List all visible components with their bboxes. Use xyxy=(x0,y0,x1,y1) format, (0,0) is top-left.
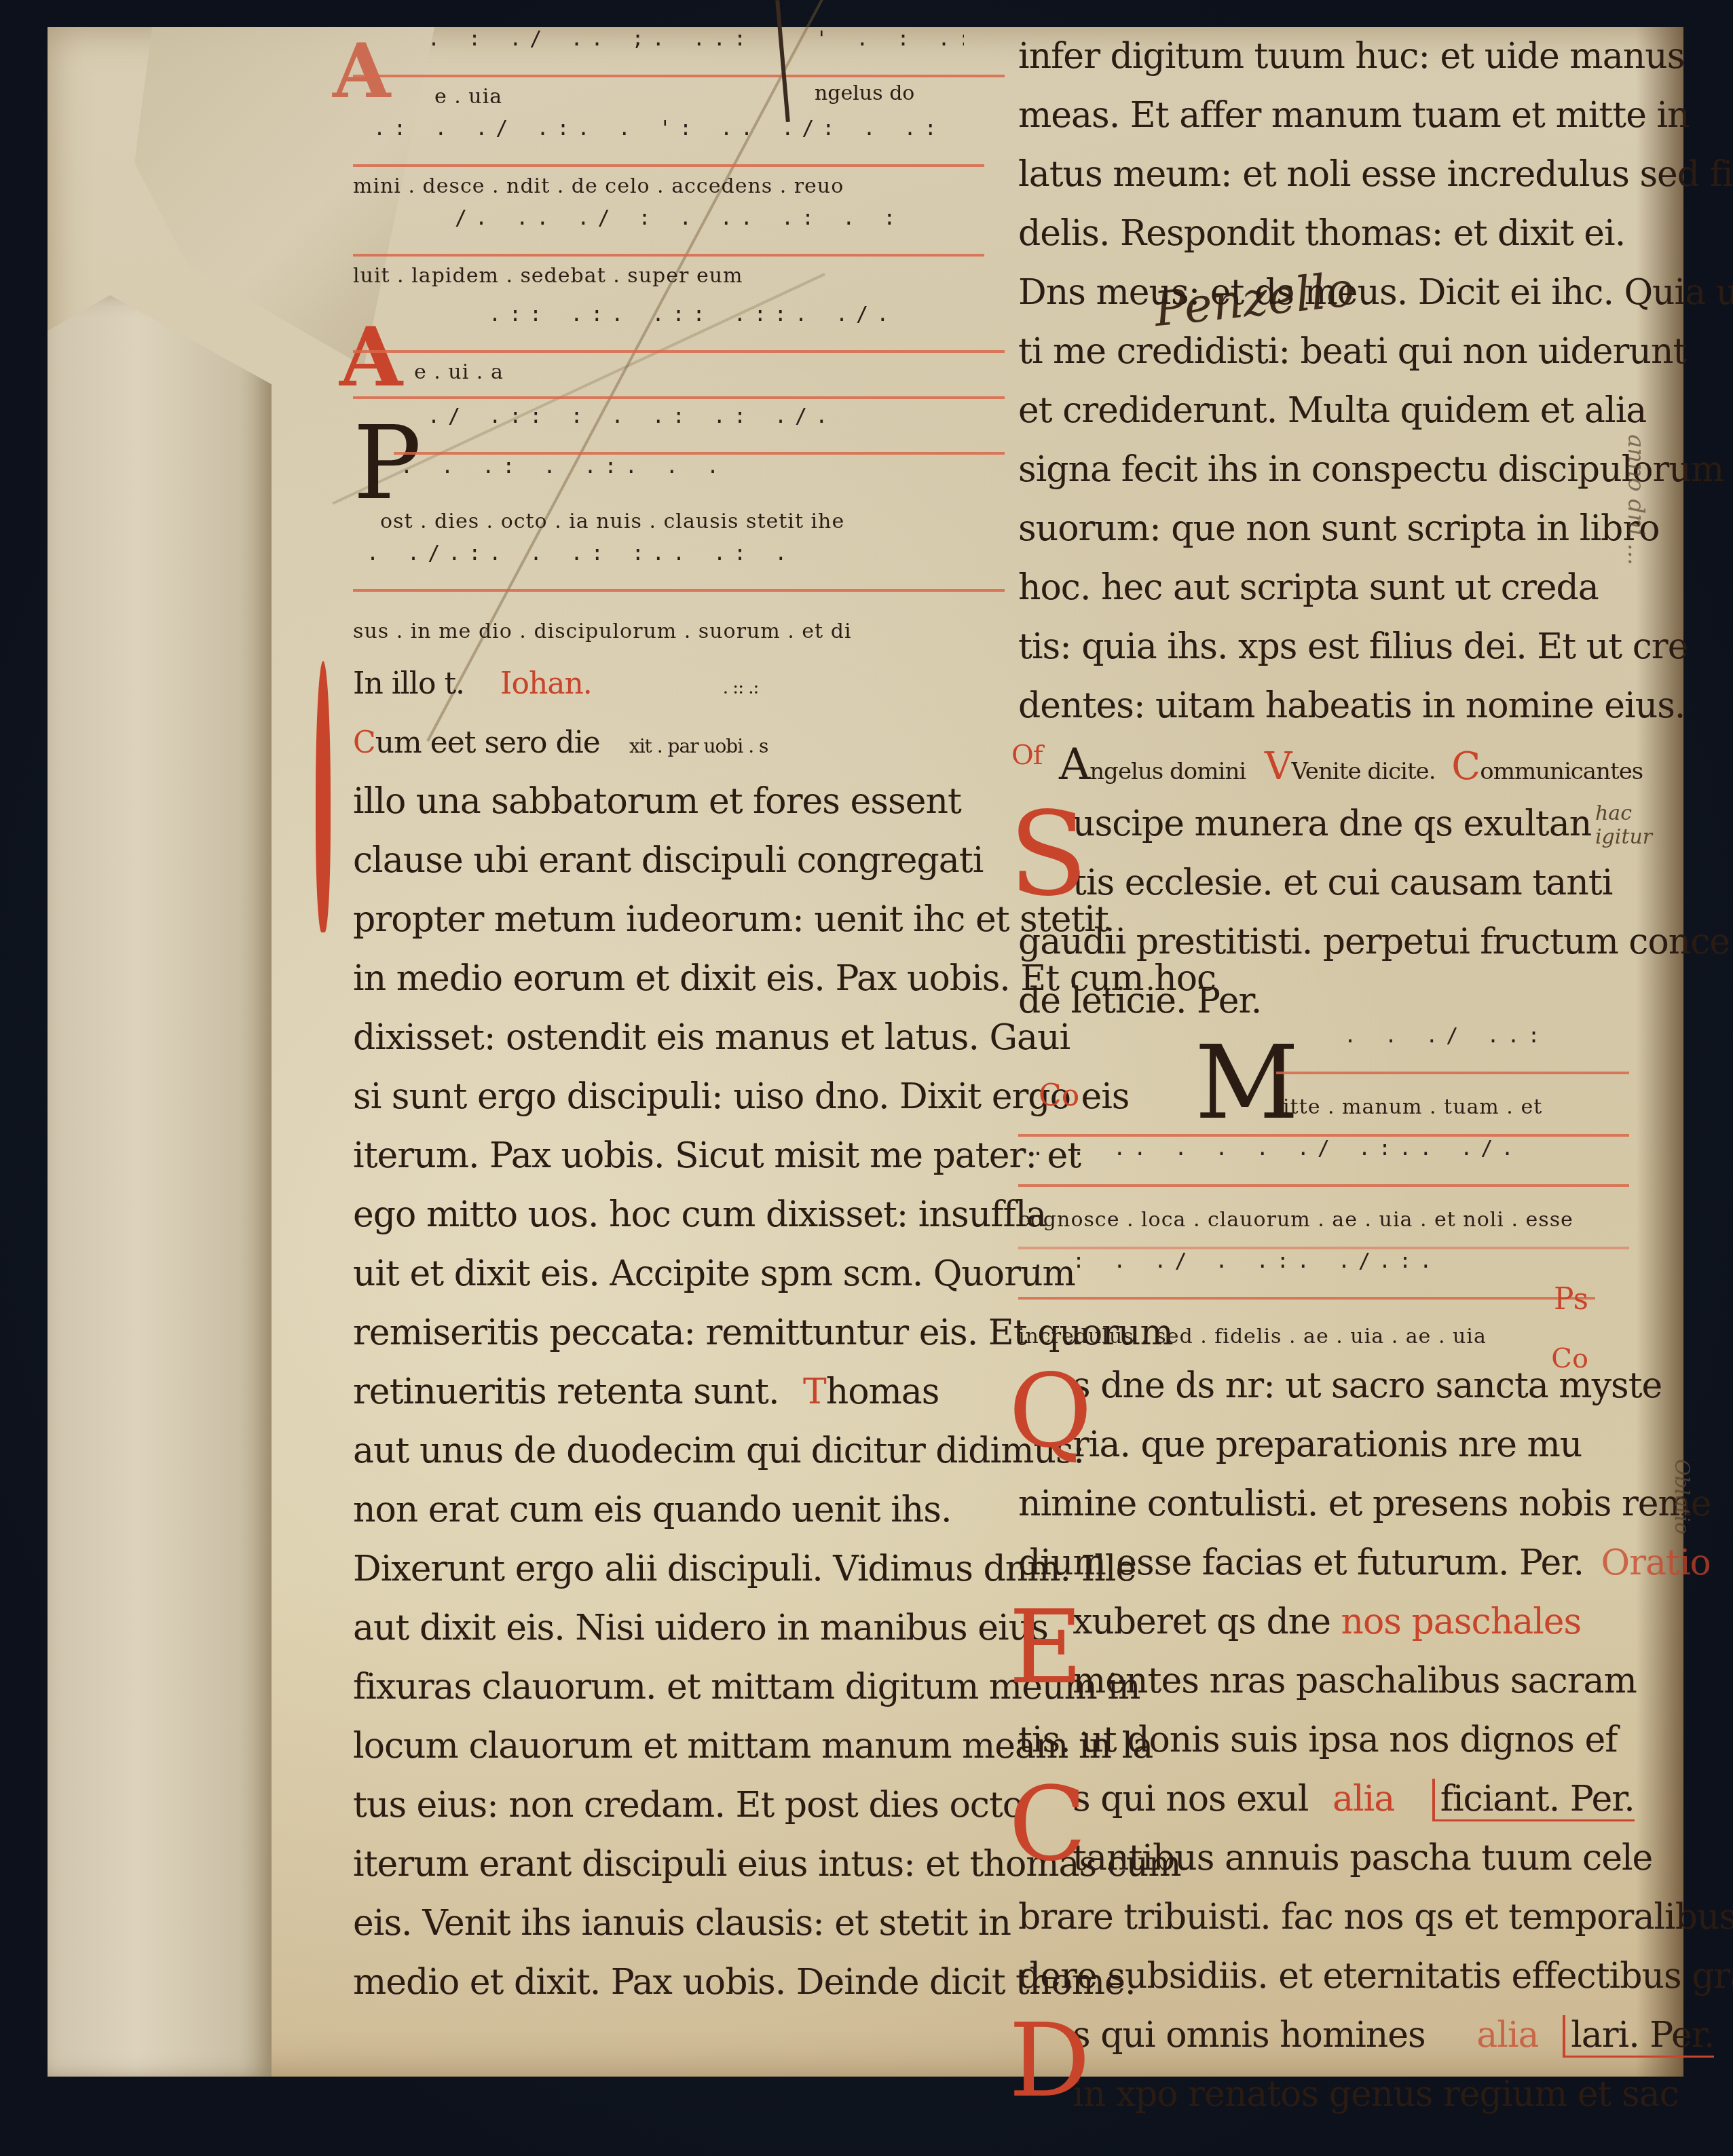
rubric-v: V xyxy=(1265,744,1291,789)
gospel-line: suorum: que non sunt scripta in libro xyxy=(1018,499,1616,559)
rubric-iohan: Iohan. xyxy=(500,666,592,701)
prayer-line: s qui nos exul alia ficiant. Per. xyxy=(1018,1770,1616,1829)
gospel-line: infer digitum tuum huc: et uide manus xyxy=(1018,27,1616,86)
lesson-line: retinueritis retenta sunt. Thomas xyxy=(353,1363,964,1422)
gospel-line: delis. Respondit thomas: et dixit ei. xyxy=(1018,204,1616,263)
lesson-line: locum clauorum et mittam manum meam in l… xyxy=(353,1717,964,1776)
gospel-line: signa fecit ihs in conspectu discipuloru… xyxy=(1018,440,1616,499)
lesson-line: in medio eorum et dixit eis. Pax uobis. … xyxy=(353,949,964,1008)
staff-line xyxy=(353,75,1005,77)
prayer-line: dium esse facias et futurum. Per. Oratio xyxy=(1018,1534,1616,1593)
chant-text: sus . in me dio . discipulorum . suorum … xyxy=(353,612,964,651)
rubric-oratio: Oratio xyxy=(1601,1543,1711,1583)
collect-3: D s qui omnis homines alia lari. Per. in… xyxy=(1018,2006,1616,2124)
prayer-line: in xpo renatos genus regium et sac xyxy=(1018,2065,1616,2124)
lesson-line: uit et dixit eis. Accipite spm scm. Quor… xyxy=(353,1245,964,1304)
postcommunion-prayer: Q s dne ds nr: ut sacro sancta myste ria… xyxy=(1018,1357,1616,1593)
left-column: A . : ./ .. ;. ..: . ' . : .: e . uia .:… xyxy=(353,27,964,2012)
red-initial-t: T xyxy=(803,1372,826,1412)
lesson-line: illo una sabbatorum et fores essent xyxy=(353,772,964,831)
prayer-line: brare tribuisti. fac nos qs et temporali… xyxy=(1018,1888,1616,1947)
rubric-ps: Ps xyxy=(1554,1282,1588,1317)
red-initial-c: C xyxy=(353,725,375,760)
rubric-of: Of xyxy=(1011,726,1043,785)
lesson-line: ego mitto uos. hoc cum dixisset: insuffl… xyxy=(353,1186,964,1245)
prayer-line: tis. ut donis suis ipsa nos dignos ef xyxy=(1018,1711,1616,1770)
staff-line xyxy=(353,254,984,257)
prayer-text: dium esse facias et futurum. Per. xyxy=(1018,1543,1584,1583)
staff-line xyxy=(353,350,1005,353)
lesson-line: dixisset: ostendit eis manus et latus. G… xyxy=(353,1008,964,1067)
chant-text: itte . manum . tuam . et xyxy=(1018,1088,1616,1127)
prayer-line: s qui omnis homines alia lari. Per. xyxy=(1018,2006,1616,2065)
chant-block-1: A . : ./ .. ;. ..: . ' . : .: e . uia .:… xyxy=(353,27,964,296)
prayer-text: s qui omnis homines xyxy=(1073,2015,1425,2056)
chant-text: cognosce . loca . clauorum . ae . uia . … xyxy=(1018,1200,1616,1240)
gospel-line: Dns meus: et ds meus. Dicit ei ihc. Quia… xyxy=(1018,263,1616,322)
lesson-text: um eet sero die xyxy=(375,725,600,760)
red-initial-i xyxy=(316,661,331,932)
chant-text: incredulus . sed . fidelis . ae . uia . … xyxy=(1018,1317,1616,1357)
chant-text: ost . dies . octo . ia nuis . clausis st… xyxy=(353,502,964,542)
prayer-line: nimine contulisti. et presens nobis reme xyxy=(1018,1475,1616,1534)
prayer-line: dere subsidiis. et eternitatis effectibu… xyxy=(1018,1947,1616,2006)
gospel-line: latus meum: et noli esse incredulus sed … xyxy=(1018,145,1616,204)
lesson-line: aut dixit eis. Nisi uidero in manibus ei… xyxy=(353,1599,964,1658)
offertory-verse: Venite dicite. xyxy=(1291,758,1435,785)
lesson-line: eis. Venit ihs ianuis clausis: et stetit… xyxy=(353,1894,964,1953)
offertory-incipit: ngelus domini xyxy=(1089,758,1246,785)
rubric-alia: alia xyxy=(1333,1779,1394,1819)
margin-note-hac-igitur: hac igitur xyxy=(1595,801,1652,849)
staff-line xyxy=(353,396,1005,399)
communion-cue: ommunicantes xyxy=(1480,758,1643,785)
lesson-line: tus eius: non credam. Et post dies octo xyxy=(353,1776,964,1835)
lesson-heading: In illo t. Iohan. . :: .: xyxy=(353,654,964,713)
red-initial-q: Q xyxy=(1009,1353,1092,1471)
lesson-prefix: In illo t. xyxy=(353,666,464,701)
prayer-text: ficiant. Per. xyxy=(1432,1779,1635,1821)
neumes: . . .. . . . ./ .:.. ./. xyxy=(1018,1137,1616,1184)
staff-line xyxy=(1276,1072,1629,1074)
lesson-line: fixuras clauorum. et mittam digitum meum… xyxy=(353,1658,964,1717)
chant-text: luit . lapidem . sedebat . super eum xyxy=(353,257,964,296)
red-initial-o: C xyxy=(1009,1766,1087,1884)
lesson-line: medio et dixit. Pax uobis. Deinde dicit … xyxy=(353,1953,964,2012)
lesson-text: retinueritis retenta sunt. xyxy=(353,1372,779,1412)
chant-text: mini . desce . ndit . de celo . accedens… xyxy=(353,167,964,206)
prayer-line: mentes nras paschalibus sacram xyxy=(1018,1652,1616,1711)
prayer-line: de leticie. Per. xyxy=(1018,972,1616,1031)
prayer-line: ria. que preparationis nre mu xyxy=(1018,1416,1616,1475)
lesson-line: iterum erant discipuli eius intus: et th… xyxy=(353,1835,964,1894)
rubric-c: C xyxy=(1451,744,1480,789)
right-column: infer digitum tuum huc: et uide manus me… xyxy=(1018,27,1616,2124)
gospel-lesson: In illo t. Iohan. . :: .: Cum eet sero d… xyxy=(353,654,964,2012)
staff-line xyxy=(353,164,984,167)
collect-1: E xuberet qs dne nos paschales mentes nr… xyxy=(1018,1593,1616,1770)
lesson-line: propter metum iudeorum: uenit ihc et ste… xyxy=(353,890,964,949)
neumes: . . ./ ..: xyxy=(1018,1024,1616,1072)
rubric-alia: alia xyxy=(1476,2015,1538,2056)
rubric-co: Co xyxy=(1039,1078,1079,1113)
secret-prayer: S uscipe munera dne qs exultan tis eccle… xyxy=(1018,795,1616,1031)
lesson-line: Dixerunt ergo alii discipuli. Vidimus dn… xyxy=(353,1540,964,1599)
chant-block-2: A .:: .:. .:: .::. ./. e . ui . a xyxy=(353,303,964,399)
neume-stub: . :: .: xyxy=(723,678,758,698)
prayer-line: tantibus annuis pascha tuum cele xyxy=(1018,1829,1616,1888)
gospel-line: ti me credidisti: beati qui non uiderunt xyxy=(1018,322,1616,381)
neumes: .:: .:. .:: .::. ./. xyxy=(353,303,964,350)
neumes: . : . ./ . .:. ./.:. xyxy=(1018,1249,1616,1297)
gospel-line: hoc. hec aut scripta sunt ut creda xyxy=(1018,559,1616,618)
neumes: .: . ./ .:. . ': .. ./: . .: xyxy=(353,117,964,164)
gospel-line: dentes: uitam habeatis in nomine eius. xyxy=(1018,677,1616,736)
prayer-text: lari. Per. xyxy=(1563,2015,1714,2058)
gospel-line: tis: quia ihs. xps est filius dei. Et ut… xyxy=(1018,618,1616,677)
lesson-line: aut unus de duodecim qui dicitur didimus… xyxy=(353,1422,964,1481)
staff-line xyxy=(353,589,1005,592)
staff-line xyxy=(1018,1184,1629,1187)
gospel-line: meas. Et affer manum tuam et mitte in xyxy=(1018,86,1616,145)
lesson-line: iterum. Pax uobis. Sicut misit me pater:… xyxy=(353,1127,964,1186)
lesson-line: Cum eet sero die xit . par uobi . s xyxy=(353,713,964,772)
red-initial-d: D xyxy=(1009,2002,1090,2120)
neumes: ./ .:: : . .: .: ./. xyxy=(353,404,964,452)
gospel-continuation: infer digitum tuum huc: et uide manus me… xyxy=(1018,27,1616,736)
prayer-line: gaudii prestitisti. perpetui fructum con… xyxy=(1018,913,1616,972)
red-initial-s: S xyxy=(1009,788,1087,922)
prayer-text: s qui nos exul xyxy=(1073,1779,1308,1819)
red-initial-e: E xyxy=(1009,1589,1083,1707)
right-margin-note: anno dni ... xyxy=(1622,434,1650,565)
neumes: . ./.:. . .: :.. .: . xyxy=(353,542,964,589)
chant-incipit: ngelus do xyxy=(815,81,914,105)
prayer-line: s dne ds nr: ut sacro sancta myste xyxy=(1018,1357,1616,1416)
lesson-text: homas xyxy=(826,1372,939,1412)
prayer-text: xuberet qs dne xyxy=(1073,1602,1330,1642)
lesson-line: clause ubi erant discipuli congregati xyxy=(353,831,964,890)
rubric-nos-paschales: nos paschales xyxy=(1341,1602,1582,1642)
communion-chant: Co M . . ./ ..: itte . manum . tuam . et… xyxy=(1018,1024,1616,1357)
offertory-cue: Of Angelus domini VVenite dicite. Commun… xyxy=(1018,736,1616,795)
prayer-line: uscipe munera dne qs exultan xyxy=(1018,795,1616,854)
gospel-line: et crediderunt. Multa quidem et alia xyxy=(1018,381,1616,440)
chant-tail: xit . par uobi . s xyxy=(629,735,768,757)
collect-2: C s qui nos exul alia ficiant. Per. tant… xyxy=(1018,1770,1616,2006)
staff-line xyxy=(1018,1297,1595,1300)
folded-left-edge xyxy=(48,295,272,2077)
neumes: . . .: . .:. . . xyxy=(353,455,964,502)
prayer-line: xuberet qs dne nos paschales xyxy=(1018,1593,1616,1652)
initial-a: A xyxy=(1059,740,1089,790)
prayer-line: tis ecclesie. et cui causam tanti xyxy=(1018,854,1616,913)
lesson-line: si sunt ergo discipuli: uiso dno. Dixit … xyxy=(353,1067,964,1127)
chant-text: e . ui . a xyxy=(353,353,964,392)
right-margin-note-lower: Oblatio xyxy=(1670,1459,1694,1534)
lesson-line: remiseritis peccata: remittuntur eis. Et… xyxy=(353,1304,964,1363)
lesson-line: non erat cum eis quando uenit ihs. xyxy=(353,1481,964,1540)
chant-block-3: P ./ .:: : . .: .: ./. . . .: . .:. . . … xyxy=(353,404,964,651)
neumes: . : ./ .. ;. ..: . ' . : .: xyxy=(353,27,964,75)
neumes: /. .. ./ : . .. .: . : xyxy=(353,206,964,254)
